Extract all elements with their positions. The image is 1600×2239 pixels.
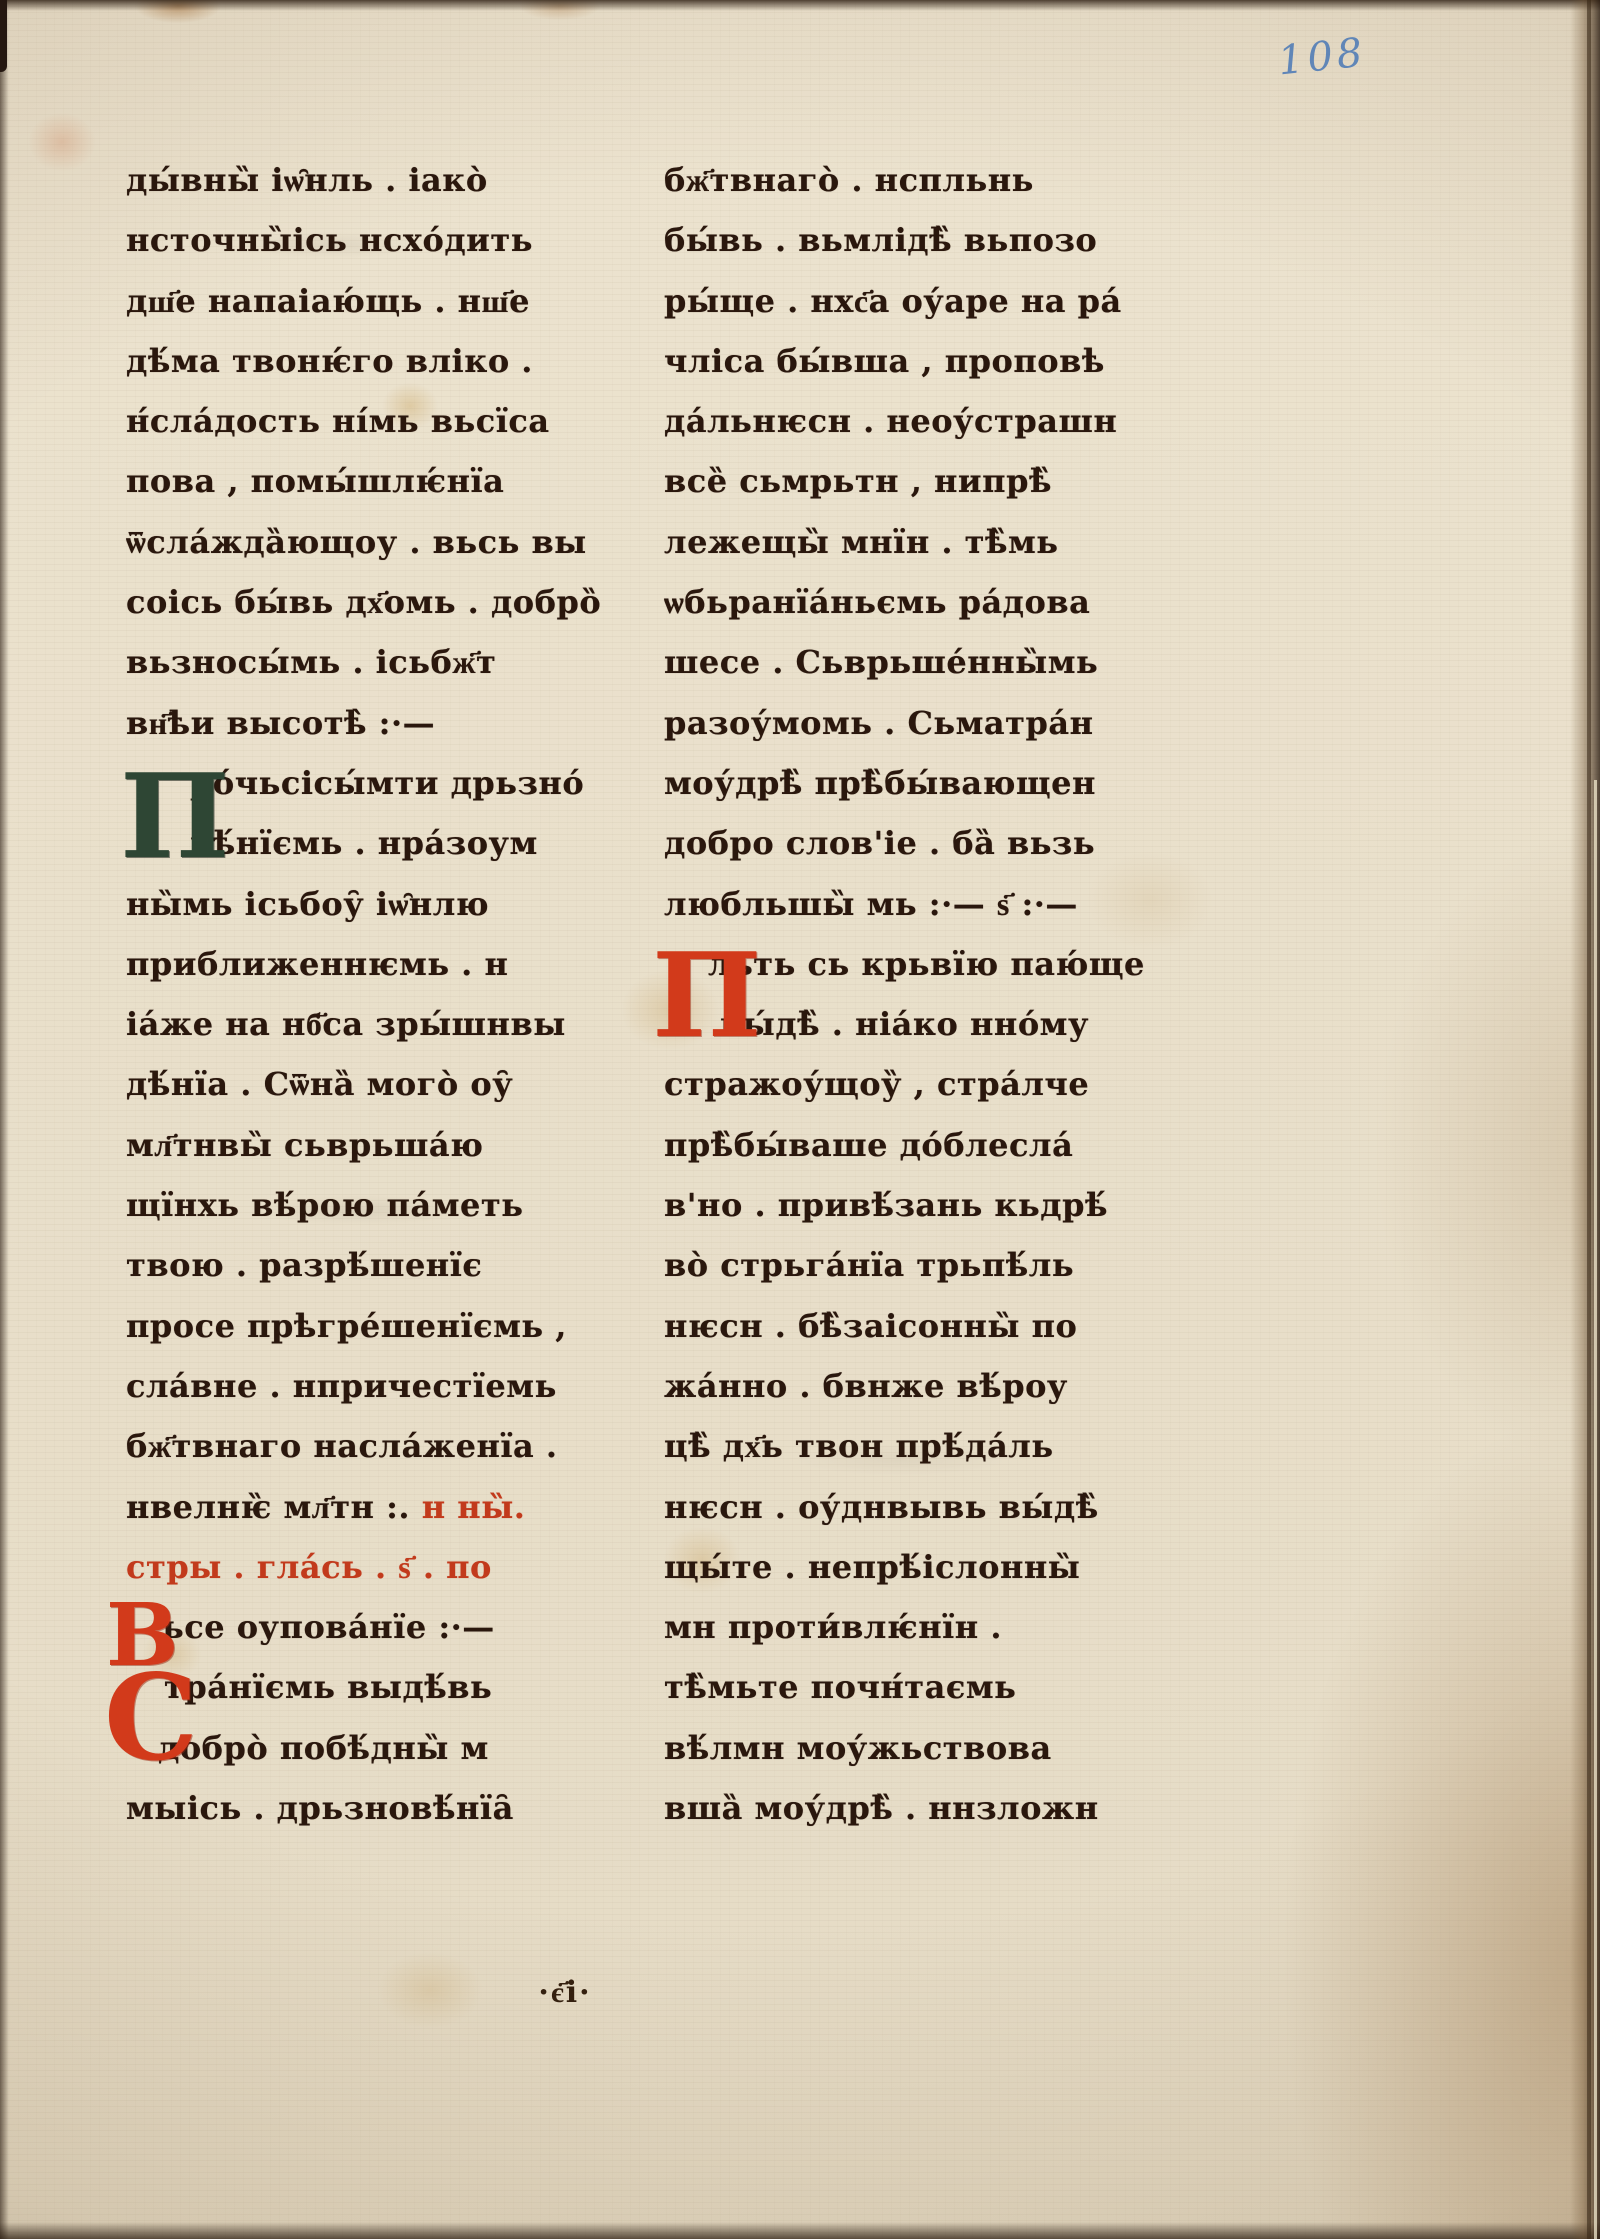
page-edge-bottom <box>0 2222 1600 2239</box>
text-line: вн҃ѣи высотѣ̀ :·— <box>126 693 566 753</box>
illuminated-initial: С <box>104 1659 198 1777</box>
text-segment: ѡбьранїа́ньємь ра́дова <box>664 583 1090 621</box>
text-line: сла́вне . нпричестїемь <box>126 1356 566 1416</box>
text-line: лежещы̏ мнїн . тѣ̏мь <box>664 512 1204 572</box>
text-line: бы́вь . вьмлідѣ̏ вьпозо <box>664 210 1204 270</box>
text-segment: щы́те . непрѣ́іслонны̏ <box>664 1548 1080 1586</box>
text-line: ѿсла́жда̏ющоу . вьсь вы <box>126 512 566 572</box>
text-line: прѣ̏бы́ваше до́блесла́ <box>664 1115 1204 1175</box>
text-segment: в'но . привѣ́зань кьдрѣ́ <box>664 1186 1108 1224</box>
text-line: жа́нно . бвнже вѣ́роу <box>664 1356 1204 1416</box>
text-segment: мн проти́влѥ́нїн . <box>664 1608 1002 1646</box>
text-line: вша̏ моу́дрѣ̏ . ннзложн <box>664 1778 1204 1838</box>
text-line: Пльть сь крьвїю паю́ще <box>664 934 1204 994</box>
text-line: мыісь . дрьзновѣ́нїа̑ <box>126 1778 566 1838</box>
text-segment: добро̀ побѣ́дны̏ м <box>158 1729 489 1767</box>
text-segment: нѥсн . бѣ̏заісонны̏ по <box>664 1307 1077 1345</box>
text-line: іа́же на нб҃са зры́шнвы <box>126 994 566 1054</box>
text-line: все̏ сьмрьтн , нипрѣ̏ <box>664 451 1204 511</box>
text-line: нвелнѥ̏ мл҃тн :. н ны̏. <box>126 1477 566 1537</box>
text-line: чліса бы́вша , проповѣ <box>664 331 1204 391</box>
text-segment: ѿсла́жда̏ющоу . вьсь вы <box>126 523 587 561</box>
text-segment: вѣ́лмн моу́жьствова <box>664 1729 1052 1767</box>
text-segment: нсточны̏ісь нсхо́дить <box>126 221 533 259</box>
fore-edge-sliver <box>1594 780 1597 2239</box>
text-segment: чліса бы́вша , проповѣ <box>664 342 1105 380</box>
text-segment: нвелнѥ̏ мл҃тн :. <box>126 1488 422 1526</box>
text-segment: вша̏ моу́дрѣ̏ . ннзложн <box>664 1789 1099 1827</box>
text-line: шесе . Сьврьше́нны̏мь <box>664 632 1204 692</box>
text-segment: дѣ́нїа . Сѿна̏ мого̀ оу̑ <box>126 1065 513 1103</box>
binding-shadow <box>0 0 7 72</box>
text-segment: приближеннѥмь . н <box>126 945 508 983</box>
illuminated-initial: П <box>652 938 762 1054</box>
text-line: бж҃твнаго насла́женїа . <box>126 1416 566 1476</box>
text-segment: стры . гла́сь . ѕ҃ . по <box>126 1548 492 1586</box>
text-segment: все̏ сьмрьтн , нипрѣ̏ <box>664 462 1052 500</box>
text-line: просе прѣгре́шенїємь , <box>126 1296 566 1356</box>
text-segment: щїнхь вѣ́рою па́меть <box>126 1186 523 1224</box>
quire-signature: ·є҃і· <box>505 1975 625 2010</box>
text-segment: моу́дрѣ̏ прѣ̏бы́вающен <box>664 764 1096 802</box>
text-line: мл҃тнвы̏ сьврьша́ю <box>126 1115 566 1175</box>
text-segment: дш҃е напаіаю́щь . нш҃е <box>126 282 530 320</box>
text-line: дѣ́нїа . Сѿна̏ мого̀ оу̑ <box>126 1054 566 1114</box>
text-line: вѣ́лмн моу́жьствова <box>664 1718 1204 1778</box>
text-line: в'но . привѣ́зань кьдрѣ́ <box>664 1175 1204 1235</box>
text-line: ѡбьранїа́ньємь ра́дова <box>664 572 1204 632</box>
text-line: щїнхь вѣ́рою па́меть <box>126 1175 566 1235</box>
page-edge-left <box>0 0 9 2239</box>
text-segment: ры́ще . нхс҃а оу́аре на ра́ <box>664 282 1122 320</box>
text-segment: цѣ̏ дх҃ь твон прѣ́да́ль <box>664 1427 1054 1465</box>
text-line: нѥсн . оу́днвывь вы́дѣ̏ <box>664 1477 1204 1537</box>
text-segment: ны̏мь ісьбоу̑ іѡ̑нлю <box>126 885 489 923</box>
text-segment: во̀ стрьга́нїа трьпѣ́ль <box>664 1246 1074 1284</box>
text-segment: разоу́момь . Сьматра́н <box>664 704 1094 742</box>
text-segment: н́сла́дость ні́мь вьсїса <box>126 402 550 440</box>
text-segment: вн҃ѣи высотѣ̀ :·— <box>126 704 435 742</box>
text-line: нсточны̏ісь нсхо́дить <box>126 210 566 270</box>
text-segment: стражоу́щоу̏ , стра́лче <box>664 1065 1089 1103</box>
right-column: бж҃твнаго̀ . нспльньбы́вь . вьмлідѣ̏ вьп… <box>664 150 1204 1838</box>
text-segment: мыісь . дрьзновѣ́нїа̑ <box>126 1789 514 1827</box>
text-line: твою . разрѣ́шенїє <box>126 1235 566 1295</box>
text-line: тѣ̏мьте почн́таємь <box>664 1657 1204 1717</box>
text-segment: просе прѣгре́шенїємь , <box>126 1307 567 1345</box>
text-segment: вѣ́нїємь . нра́зоум <box>190 824 538 862</box>
text-line: дѣ́ма твонѥ́го вліко . <box>126 331 566 391</box>
text-segment: да́льнѥсн . неоу́страшн <box>664 402 1117 440</box>
text-line: стры . гла́сь . ѕ҃ . по <box>126 1537 566 1597</box>
text-segment: добро слов'іе . ба̏ вьзь <box>664 824 1095 862</box>
text-line: вьзносы́мь . ісьбж҃т <box>126 632 566 692</box>
text-segment: твою . разрѣ́шенїє <box>126 1246 482 1284</box>
text-line: во̀ стрьга́нїа трьпѣ́ль <box>664 1235 1204 1295</box>
text-line: Про́чьсісы́мти дрьзно́ <box>126 753 566 813</box>
text-line: да́льнѥсн . неоу́страшн <box>664 391 1204 451</box>
text-segment: пова , помы́шлѥ́нїа <box>126 462 504 500</box>
text-segment: тра́нїємь выдѣ́вь <box>164 1668 492 1706</box>
text-line: мн проти́влѥ́нїн . <box>664 1597 1204 1657</box>
text-segment: прѣ̏бы́ваше до́блесла́ <box>664 1126 1073 1164</box>
text-segment: нѥсн . оу́днвывь вы́дѣ̏ <box>664 1488 1099 1526</box>
text-line: ры́ще . нхс҃а оу́аре на ра́ <box>664 271 1204 331</box>
text-segment: льть сь крьвїю паю́ще <box>708 945 1145 983</box>
text-segment: бы́вь . вьмлідѣ̏ вьпозо <box>664 221 1097 259</box>
text-segment: тѣ̏мьте почн́таємь <box>664 1668 1016 1706</box>
text-line: пова , помы́шлѥ́нїа <box>126 451 566 511</box>
text-line: приближеннѥмь . н <box>126 934 566 994</box>
text-segment: бж҃твнаго насла́женїа . <box>126 1427 558 1465</box>
text-segment: ьсе оупова́нїе :·— <box>162 1608 495 1646</box>
text-line: моу́дрѣ̏ прѣ̏бы́вающен <box>664 753 1204 813</box>
text-line: добро слов'іе . ба̏ вьзь <box>664 813 1204 873</box>
text-segment: лежещы̏ мнїн . тѣ̏мь <box>664 523 1059 561</box>
page-edge-top <box>0 0 1600 11</box>
text-line: соісь бы́вь дх҃омь . добро̏ <box>126 572 566 632</box>
text-segment: ды́вны̏ іѡ̑нль . іако̀ <box>126 161 488 199</box>
text-line: бж҃твнаго̀ . нспльнь <box>664 150 1204 210</box>
text-segment: іа́же на нб҃са зры́шнвы <box>126 1005 566 1043</box>
text-line: цѣ̏ дх҃ь твон прѣ́да́ль <box>664 1416 1204 1476</box>
text-line: н́сла́дость ні́мь вьсїса <box>126 391 566 451</box>
text-segment: ро́чьсісы́мти дрьзно́ <box>190 764 584 802</box>
text-segment: бж҃твнаго̀ . нспльнь <box>664 161 1034 199</box>
text-line: любльшы̏ мь :·— ѕ҃ :·— <box>664 874 1204 934</box>
text-segment: мл҃тнвы̏ сьврьша́ю <box>126 1126 483 1164</box>
text-line: Стра́нїємь выдѣ́вь <box>126 1657 566 1717</box>
text-line: дш҃е напаіаю́щь . нш҃е <box>126 271 566 331</box>
text-segment: любльшы̏ мь :·— ѕ҃ :·— <box>664 885 1078 923</box>
text-segment: дѣ́ма твонѥ́го вліко . <box>126 342 533 380</box>
fore-edge-crease <box>1587 0 1591 2239</box>
text-segment: шесе . Сьврьше́нны̏мь <box>664 643 1098 681</box>
text-line: разоу́момь . Сьматра́н <box>664 693 1204 753</box>
text-segment: вы́дѣ̏ . ніа́ко нно́му <box>720 1005 1089 1043</box>
left-column: ды́вны̏ іѡ̑нль . іако̀нсточны̏ісь нсхо́д… <box>126 150 566 1838</box>
folio-number: 108 <box>1276 30 1369 85</box>
text-segment: н ны̏. <box>422 1488 526 1526</box>
illuminated-initial: П <box>120 759 230 875</box>
text-line: щы́те . непрѣ́іслонны̏ <box>664 1537 1204 1597</box>
text-line: ды́вны̏ іѡ̑нль . іако̀ <box>126 150 566 210</box>
text-segment: соісь бы́вь дх҃омь . добро̏ <box>126 583 601 621</box>
text-segment: сла́вне . нпричестїемь <box>126 1367 557 1405</box>
text-segment: вьзносы́мь . ісьбж҃т <box>126 643 496 681</box>
text-segment: жа́нно . бвнже вѣ́роу <box>664 1367 1068 1405</box>
text-line: нѥсн . бѣ̏заісонны̏ по <box>664 1296 1204 1356</box>
